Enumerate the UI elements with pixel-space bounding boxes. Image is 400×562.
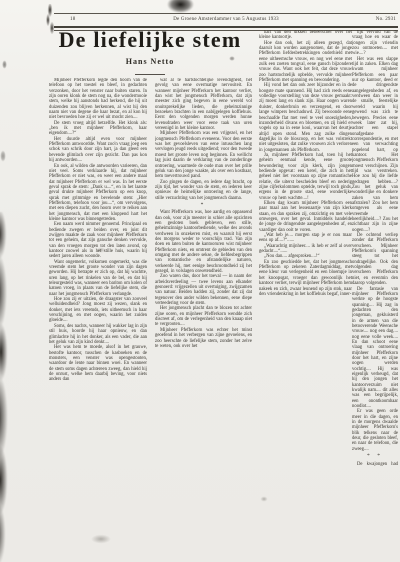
left-edge-ink-stain	[0, 212, 18, 562]
text-column-1: Mijnheer Pfefferkorn legde den hoorn van…	[49, 78, 147, 467]
body-paragraph: Hoe zou zij er uitzien, de draagster van…	[49, 297, 147, 324]
body-paragraph: lijk vervuld van de vraag hoe en waar de…	[352, 30, 398, 57]
body-paragraph: Het duurde altijd even voor mijnheer Pfe…	[49, 137, 147, 164]
body-paragraph: Want ongemerkt, volkomen ongemerkt, was …	[49, 260, 147, 297]
body-paragraph: De fantasie van mijnheer Pfefferkorn wer…	[352, 287, 398, 410]
faint-smudge	[90, 534, 112, 544]
body-paragraph: Soms, des nachts, wanneer hij wakker lag…	[49, 324, 147, 345]
body-paragraph: De stem vroeg altijd hetzelfde. Het klon…	[49, 121, 147, 137]
newspaper-page: 18 De Groene Amsterdammer van 5 Augustus…	[0, 0, 400, 562]
body-paragraph: „Wat heb je.... morgen stap je er nou ma…	[259, 233, 352, 244]
header-rule-top	[54, 13, 398, 14]
body-paragraph: En zoo geschiedde het, dat het jongmensc…	[259, 260, 352, 297]
top-edge-ink-blob	[167, 0, 194, 13]
body-paragraph: Ja, mijnheer Pfefferkorn had, toen hij h…	[259, 153, 352, 201]
body-paragraph: De ochtend verliep zonder dat Pfefferkor…	[352, 233, 398, 286]
body-paragraph: En ook, al wilden die antwoorden varieer…	[49, 164, 147, 223]
body-paragraph: De kwajongen had niet slechts zijn werk …	[352, 462, 398, 468]
text-column-3: hart van den dikken beheerscher over het…	[259, 30, 352, 467]
section-divider: * *	[352, 454, 398, 459]
body-paragraph: Hoe dan ook, het zij alleen gezegd, dat …	[259, 41, 352, 84]
body-paragraph: Het was hem te moede, alsof in het grauw…	[49, 345, 147, 382]
body-paragraph: Mijnheer Pfefferkorn legde den hoorn van…	[49, 78, 147, 121]
body-paragraph: Mijnheer Pfefferkorn was een vrijgezel, …	[155, 131, 252, 179]
body-paragraph: Elken dag kwam mijnheer Pfefferkorn een …	[259, 201, 352, 233]
section-divider: *	[155, 203, 252, 208]
text-column-2: wat al te hartstochtelijke levendigheid,…	[155, 78, 252, 467]
title-block: De liefelijke stem Hans Netto	[46, 29, 254, 75]
body-paragraph: Mijnheer Pfefferkorn was echter het mins…	[155, 328, 252, 349]
body-paragraph: Zoo waren dus, door het toeval — in naam…	[155, 274, 252, 306]
body-paragraph: Hij vond het dan ook zeer bijzonder en i…	[259, 83, 352, 152]
body-paragraph: Een naam werd nimmer genoemd. Principaal…	[49, 222, 147, 259]
body-paragraph: wat al te hartstochtelijke levendigheid,…	[155, 78, 252, 131]
article-title: De liefelijke stem	[46, 29, 254, 51]
body-paragraph: Zoo gingen de dagen, en iedere dag brach…	[155, 180, 252, 201]
text-column-4: lijk vervuld van de vraag hoe en waar de…	[352, 30, 398, 467]
title-divider-rule	[135, 74, 165, 75]
issue-number: No. 2931	[376, 16, 396, 24]
body-paragraph: Het jongmensch placht dan te blozen tot …	[155, 306, 252, 327]
body-paragraph: Er was geen orde meer in die dagen, en i…	[352, 409, 398, 452]
article-author: Hans Netto	[46, 57, 254, 66]
body-paragraph: Het was een slappe tijd in zaken. Elken …	[352, 57, 398, 233]
body-paragraph: „Waarachtig mijnheer.... ik heb er zelf …	[259, 244, 352, 255]
body-paragraph: hart van den dikken beheerscher over het…	[259, 30, 352, 41]
faint-speck	[260, 496, 268, 502]
body-paragraph: Want Pfefferkorn was, hoe aardig en oppa…	[155, 210, 252, 274]
edge-speck	[2, 60, 7, 69]
masthead: De Groene Amsterdammer van 5 Augustus 19…	[54, 16, 398, 24]
edge-speck	[0, 150, 6, 162]
